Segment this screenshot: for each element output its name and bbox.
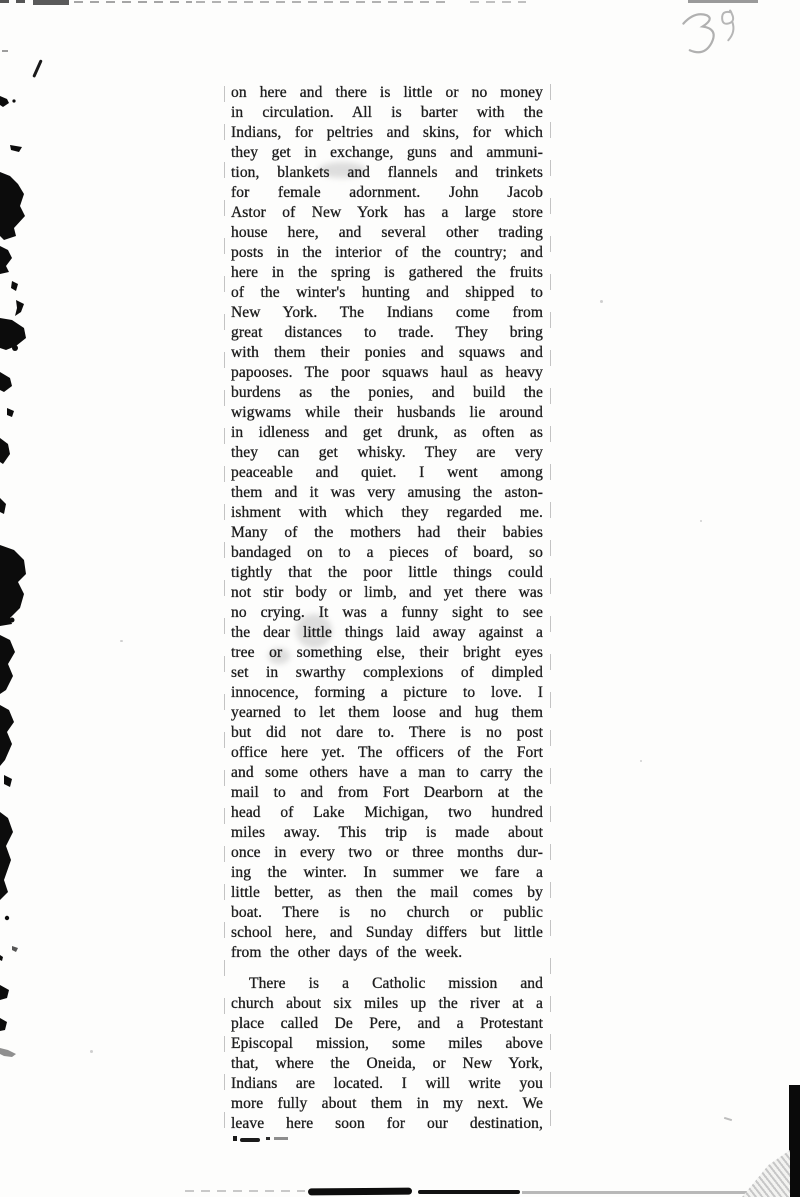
text-line: miles away. This trip is made about bbox=[231, 823, 543, 843]
column-rule-left bbox=[224, 86, 225, 1134]
scan-artifact-top-edge bbox=[33, 0, 69, 5]
cutoff-text-remnant bbox=[233, 1136, 237, 1141]
text-line: but did not dare to. There is no post bbox=[231, 723, 543, 743]
text-line: they can get whisky. They are very bbox=[231, 443, 543, 463]
text-line: burdens as the ponies, and build the bbox=[231, 383, 543, 403]
scan-artifact-top-edge bbox=[470, 1, 526, 3]
scan-artifact-bottom-edge bbox=[308, 1188, 412, 1196]
text-line: Astor of New York has a large store bbox=[231, 203, 543, 223]
scan-speck bbox=[2, 50, 8, 52]
text-line: papooses. The poor squaws haul as heavy bbox=[231, 363, 543, 383]
scan-artifact-hatch bbox=[742, 1150, 790, 1197]
text-line: leave here soon for our destination, bbox=[231, 1114, 543, 1134]
text-line: bandaged on to a pieces of board, so bbox=[231, 543, 543, 563]
text-line: Indians, for peltries and skins, for whi… bbox=[231, 123, 543, 143]
text-line: New York. The Indians come from bbox=[231, 303, 543, 323]
text-line: head of Lake Michigan, two hundred bbox=[231, 803, 543, 823]
text-line: no crying. It was a funny sight to see bbox=[231, 603, 543, 623]
text-line: more fully about them in my next. We bbox=[231, 1094, 543, 1114]
text-line: for female adornment. John Jacob bbox=[231, 183, 543, 203]
text-line: yearned to let them loose and hug them bbox=[231, 703, 543, 723]
text-line: innocence, forming a picture to love. I bbox=[231, 683, 543, 703]
text-line: and some others have a man to carry the bbox=[231, 763, 543, 783]
cutoff-text-remnant bbox=[274, 1137, 288, 1140]
scan-artifact-top-edge bbox=[0, 0, 30, 3]
scan-artifact-top-edge bbox=[196, 1, 446, 3]
scan-speck bbox=[724, 1117, 732, 1121]
text-line: on here and there is little or no money bbox=[231, 83, 543, 103]
text-line: Indians are located. I will write you bbox=[231, 1074, 543, 1094]
text-line: here in the spring is gathered the fruit… bbox=[231, 263, 543, 283]
text-line: office here yet. The officers of the For… bbox=[231, 743, 543, 763]
text-line: Many of the mothers had their babies bbox=[231, 523, 543, 543]
text-line: that, where the Oneida, or New York, bbox=[231, 1054, 543, 1074]
text-line: not stir body or limb, and yet there was bbox=[231, 583, 543, 603]
text-line: school here, and Sunday differs but litt… bbox=[231, 923, 543, 943]
text-line: with them their ponies and squaws and bbox=[231, 343, 543, 363]
text-line: them and it was very amusing the aston- bbox=[231, 483, 543, 503]
text-line: tightly that the poor little things coul… bbox=[231, 563, 543, 583]
cutoff-text-remnant bbox=[240, 1138, 260, 1142]
column-rule-right bbox=[550, 84, 551, 1140]
text-line: There is a Catholic mission and bbox=[231, 974, 543, 994]
text-line: tree or something else, their bright eye… bbox=[231, 643, 543, 663]
scanned-page: on here and there is little or no moneyi… bbox=[0, 0, 800, 1197]
text-line: boat. There is no church or public bbox=[231, 903, 543, 923]
handwritten-page-number bbox=[677, 4, 752, 66]
scan-artifact-right-bar bbox=[789, 1085, 800, 1197]
cutoff-text-remnant bbox=[266, 1137, 270, 1140]
text-line: ing the winter. In summer we fare a bbox=[231, 863, 543, 883]
text-line: great distances to trade. They bring bbox=[231, 323, 543, 343]
paragraph: There is a Catholic mission andchurch ab… bbox=[231, 974, 543, 1134]
text-line: in idleness and get drunk, as often as bbox=[231, 423, 543, 443]
text-line: the dear little things laid away against… bbox=[231, 623, 543, 643]
text-line: wigwams while their husbands lie around bbox=[231, 403, 543, 423]
paper-speck bbox=[90, 1050, 93, 1053]
paper-speck bbox=[600, 300, 603, 303]
text-line: place called De Pere, and a Protestant bbox=[231, 1014, 543, 1034]
text-line: in circulation. All is barter with the bbox=[231, 103, 543, 123]
paper-speck bbox=[640, 760, 642, 762]
ink-blot-strip bbox=[0, 60, 42, 1160]
text-line: ishment with which they regarded me. bbox=[231, 503, 543, 523]
scan-artifact-bottom-edge bbox=[418, 1190, 520, 1194]
text-line: they get in exchange, guns and ammuni- bbox=[231, 143, 543, 163]
text-line: church about six miles up the river at a bbox=[231, 994, 543, 1014]
text-line: house here, and several other trading bbox=[231, 223, 543, 243]
paper-speck bbox=[700, 520, 702, 522]
text-line: set in swarthy complexions of dimpled bbox=[231, 663, 543, 683]
text-line: posts in the interior of the country; an… bbox=[231, 243, 543, 263]
text-line: Episcopal mission, some miles above bbox=[231, 1034, 543, 1054]
paper-speck bbox=[120, 640, 123, 642]
text-line: from the other days of the week. bbox=[231, 943, 543, 963]
text-line: little better, as then the mail comes by bbox=[231, 883, 543, 903]
newsclip-column: on here and there is little or no moneyi… bbox=[231, 83, 543, 1134]
scan-artifact-bottom-edge bbox=[185, 1190, 305, 1192]
paragraph: on here and there is little or no moneyi… bbox=[231, 83, 543, 963]
text-line: peaceable and quiet. I went among bbox=[231, 463, 543, 483]
text-line: tion, blankets and flannels and trinkets bbox=[231, 163, 543, 183]
scan-artifact-top-edge bbox=[74, 1, 192, 3]
scan-artifact-top-edge bbox=[688, 0, 758, 3]
text-line: of the winter's hunting and shipped to bbox=[231, 283, 543, 303]
text-line: mail to and from Fort Dearborn at the bbox=[231, 783, 543, 803]
text-line: once in every two or three months dur- bbox=[231, 843, 543, 863]
